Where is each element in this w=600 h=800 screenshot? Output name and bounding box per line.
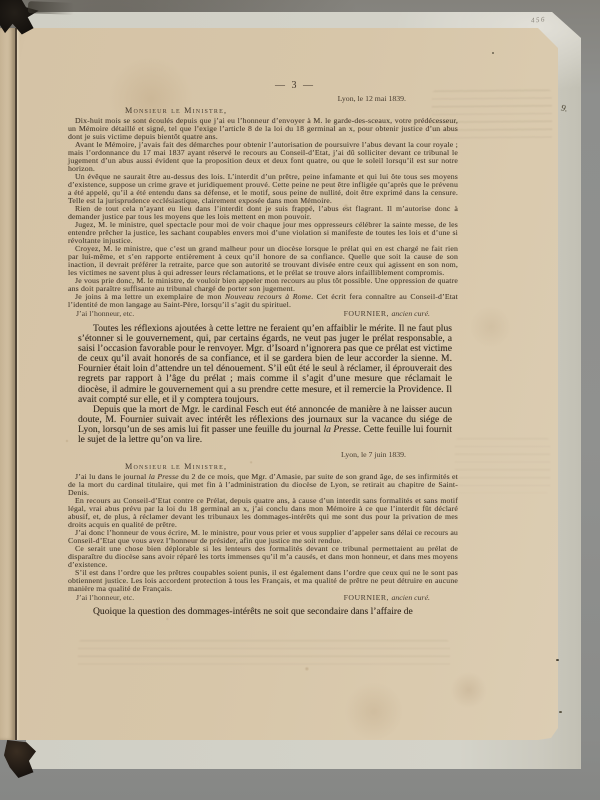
paragraph: Rien de tout cela n’ayant eu lieu dans l…	[68, 205, 458, 221]
gutter-highlight	[17, 28, 20, 740]
signature: FOURNIER, ancien curé.	[344, 593, 430, 602]
scanned-book-photo: { "scan": { "page_number": "— 3 —", "mar…	[0, 0, 600, 800]
letter2-salutation: Monsieur le Ministre,	[125, 462, 458, 471]
book-page: — 3 — Lyon, le 12 mai 1839. Monsieur le …	[0, 28, 558, 740]
verso-show-through	[78, 640, 450, 670]
binding-gutter-fold	[0, 28, 17, 740]
paragraph: Je joins à ma lettre un exemplaire de mo…	[68, 293, 458, 309]
paragraph: Je vous prie donc, M. le ministre, de vo…	[68, 277, 458, 293]
paragraph: Croyez, M. le ministre, que c’est un gra…	[68, 245, 458, 277]
letter-closing: J’ai l’honneur, etc.	[76, 593, 134, 602]
letter2-dateline: Lyon, le 7 juin 1839.	[68, 450, 458, 459]
paragraph: S’il est dans l’ordre que les prêtres co…	[68, 569, 458, 593]
signature-title: ancien curé.	[391, 309, 430, 318]
paragraph: En recours au Conseil-d’Etat contre ce P…	[68, 497, 458, 529]
paragraph: Toutes les réflexions ajoutées à cette l…	[78, 324, 452, 405]
letter1-salutation: Monsieur le Ministre,	[125, 106, 458, 115]
paragraph: Avant le Mémoire, j’avais fait des démar…	[68, 141, 458, 173]
foxing-speck	[492, 52, 494, 54]
letter1-dateline: Lyon, le 12 mai 1839.	[68, 94, 458, 103]
foxing-speck	[559, 711, 562, 713]
pencil-marginalia: 456	[531, 15, 547, 24]
paragraph: Un évêque ne saurait être au-dessus des …	[68, 173, 458, 205]
paragraph: Ce serait une chose bien déplorable si l…	[68, 545, 458, 569]
foxing-speck	[556, 659, 559, 661]
paragraph: Jugez, M. le ministre, quel spectacle po…	[68, 221, 458, 245]
letter2-body: J’ai lu dans le journal la Presse du 2 d…	[68, 473, 458, 602]
signature-title: ancien curé.	[391, 593, 430, 602]
signature: FOURNIER, ancien curé.	[344, 309, 430, 318]
signature-name: FOURNIER,	[344, 309, 392, 318]
letter1-signature-line: J’ai l’honneur, etc. FOURNIER, ancien cu…	[68, 309, 458, 318]
letter1-body: Dix-huit mois se sont écoulés depuis que…	[68, 117, 458, 318]
letter2-signature-line: J’ai l’honneur, etc. FOURNIER, ancien cu…	[68, 593, 458, 602]
paragraph: J’ai donc l’honneur de vous écrire, M. l…	[68, 529, 458, 545]
paragraph: Depuis que la mort de Mgr. le cardinal F…	[78, 405, 452, 445]
signature-name: FOURNIER,	[344, 593, 392, 602]
text-column: — 3 — Lyon, le 12 mai 1839. Monsieur le …	[68, 80, 458, 617]
paragraph: Quoique la question des dommages-intérêt…	[78, 607, 452, 617]
italic-journal-name: la Presse	[323, 424, 358, 435]
editorial-commentary: Toutes les réflexions ajoutées à cette l…	[78, 324, 452, 445]
paragraph: Dix-huit mois se sont écoulés depuis que…	[68, 117, 458, 141]
verso-show-through	[455, 438, 550, 493]
paragraph: J’ai lu dans le journal la Presse du 2 d…	[68, 473, 458, 497]
binding-shadow-streak	[28, 1, 74, 15]
editorial-commentary-continued: Quoique la question des dommages-intérêt…	[78, 607, 452, 617]
page-number: — 3 —	[100, 80, 490, 91]
letter-closing: J’ai l’honneur, etc.	[76, 309, 134, 318]
